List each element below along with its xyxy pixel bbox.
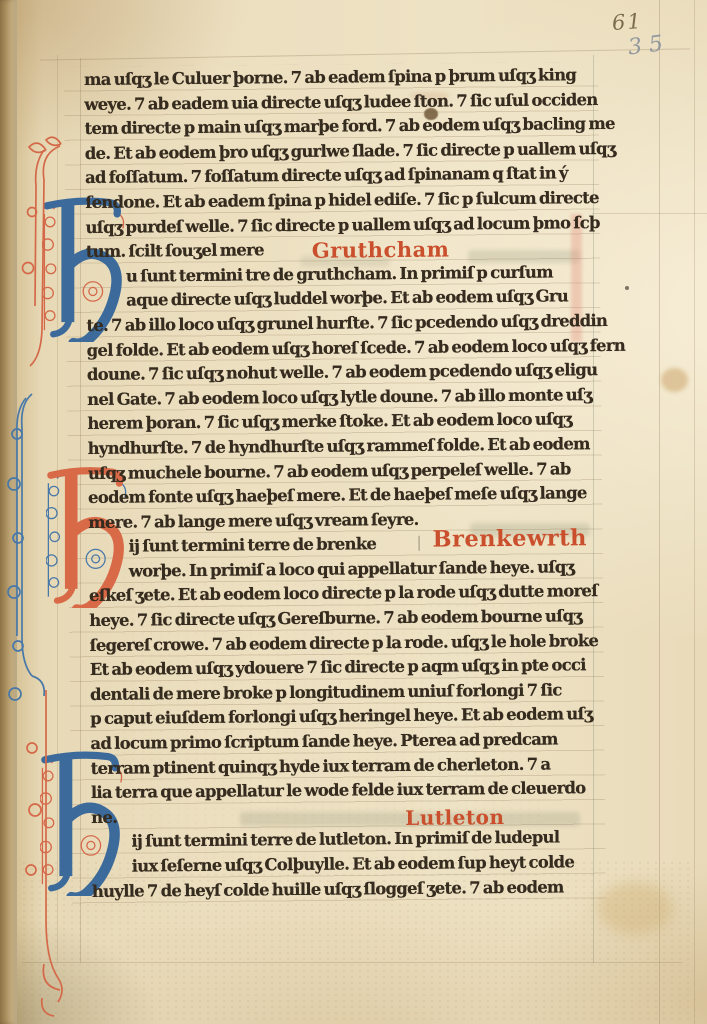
line-text: mere. 7 ab lange mere uſqʒ vream ſeyre. <box>88 509 418 531</box>
parchment-stain <box>598 882 672 934</box>
line-text: ij ſunt termini terre de lutleton. In pr… <box>131 828 559 851</box>
line-text: tum. ſcilt ſouʒel mere <box>86 240 264 261</box>
line-text: ad foſſatum. 7 foſſatum directe uſqʒ ad … <box>85 164 568 188</box>
line-text: lia terra que appellatur le wode felde i… <box>91 778 586 802</box>
line-text: ad locum primo ſcriptum ſande heye. Pter… <box>90 730 557 753</box>
line-text: nel Gate. 7 ab eodem loco uſqʒ lytle dou… <box>87 385 592 409</box>
margin-ruling-line <box>592 213 707 214</box>
divider-stroke <box>419 536 420 551</box>
manuscript-line: huylle 7 de heyſ colde huille uſqʒ ſlogg… <box>92 875 606 905</box>
line-text: hyndhurſte. 7 de hyndhurſte uſqʒ rammeſ … <box>88 434 590 458</box>
line-text: herem þoran. 7 ſic uſqʒ merke ſtoke. Et … <box>87 410 572 434</box>
text-block: ma uſqʒ le Culuer þorne. 7 ab eadem ſpin… <box>84 63 606 904</box>
line-text: p caput eiuſdem forlongi uſqʒ heringel h… <box>90 705 592 729</box>
line-text: tem directe p main uſqʒ marþe ford. 7 ab… <box>84 114 614 138</box>
line-text: ma uſqʒ le Culuer þorne. 7 ab eadem ſpin… <box>84 65 576 89</box>
line-text: eſkeſ ʒete. Et ab eodem loco directe p l… <box>89 582 598 606</box>
line-text: dentali de mere broke p longitudinem uni… <box>90 680 562 704</box>
line-text: uſqʒ muchele bourne. 7 ab eodem uſqʒ per… <box>88 459 571 483</box>
line-text: ij ſunt termini terre de brenke <box>129 534 377 555</box>
line-text: Et ab eodem uſqʒ ydouere 7 ſic directe p… <box>90 655 586 679</box>
folio-number-pencil: 35 <box>627 31 672 61</box>
folio-number-ink: 61 <box>611 9 643 35</box>
line-text: te. 7 ab illo loco uſqʒ grunel hurſte. 7… <box>86 311 607 335</box>
line-text: gel folde. Et ab eodem uſqʒ horeſ ſcede.… <box>87 335 625 359</box>
vertical-ruling-line <box>659 0 660 1024</box>
line-text: doune. 7 ſic uſqʒ nohut welle. 7 ab eode… <box>87 360 598 384</box>
line-text: worþe. In primiſ a loco qui appellatur ſ… <box>129 557 575 580</box>
line-text: ne. <box>91 808 117 827</box>
ink-speck <box>625 286 629 290</box>
line-text: huylle 7 de heyſ colde huille uſqʒ ſlogg… <box>92 877 564 901</box>
line-text: uſqʒ purdeſ welle. 7 ſic directe p ualle… <box>85 213 599 237</box>
bottom-ruling-line <box>22 962 682 963</box>
line-text: ſegereſ crowe. 7 ab eodem directe p la r… <box>89 631 598 655</box>
manuscript-page: 61 35 <box>0 0 707 1024</box>
line-text: u ſunt termini tre de gruthcham. In prim… <box>126 262 553 285</box>
line-text: weye. 7 ab eadem uia directe uſqʒ ludee … <box>84 90 597 114</box>
line-text: heye. 7 ſic directe uſqʒ Gereſburne. 7 a… <box>89 606 582 630</box>
line-text: de. Et ab eodem þro uſqʒ gurlwe ſlade. 7… <box>85 139 616 163</box>
rubric-heading-gruthcham: Gruthcham <box>312 238 450 264</box>
line-text: terram ptinent quinqʒ hyde iux terram de… <box>91 754 551 777</box>
vertical-ruling-line <box>694 0 695 1024</box>
line-text: aque directe uſqʒ luddel worþe. Et ab eo… <box>126 287 568 310</box>
margin-penwork-flourish <box>2 128 84 1022</box>
line-text: iux ſeſerne uſqʒ Colþuylle. Et ab eodem … <box>132 852 575 875</box>
line-text: ſendone. Et ab eadem ſpina p hidel ediſe… <box>85 188 599 212</box>
rubric-heading-brenkewrth: Brenkewrth <box>432 526 587 552</box>
parchment-stain <box>661 368 688 392</box>
line-text: eodem fonte uſqʒ haeþeſ mere. Et de haeþ… <box>88 483 587 507</box>
